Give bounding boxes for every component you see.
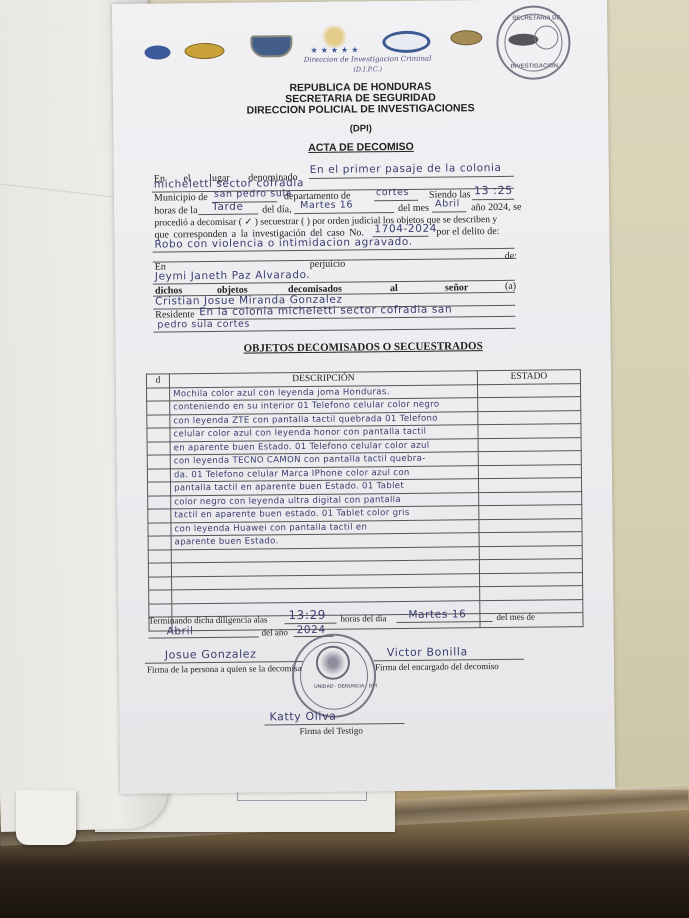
hora-inicio: 13 :25	[474, 184, 513, 197]
row-index-cell	[148, 509, 171, 523]
residente-value-2: pedro sula cortes	[157, 319, 250, 331]
logo-caption-sub: (D.I.P.C.)	[243, 64, 493, 75]
municipio-value: san pedro sula	[214, 188, 292, 200]
de-label: de:	[505, 251, 517, 262]
row-index-cell	[149, 590, 172, 604]
horas-dia-label: horas del dia	[340, 613, 386, 623]
row-estado	[479, 532, 582, 547]
perjuicio-label: perjuicio	[310, 259, 346, 270]
row-estado	[480, 586, 583, 601]
row-index-cell	[147, 428, 170, 442]
row-estado	[478, 437, 581, 452]
dia-fin: Martes 16	[408, 608, 466, 621]
dia-label: del día,	[262, 204, 292, 215]
row-index-cell	[147, 455, 170, 469]
row-estado	[478, 383, 581, 398]
page-title: ACTA DE DECOMISO	[113, 139, 608, 156]
row-index-cell	[147, 387, 170, 401]
row-index-cell	[148, 563, 171, 577]
senor-label: señor	[445, 282, 468, 293]
mes-value: Abril	[435, 198, 460, 209]
objects-table: d DESCRIPCIÓN ESTADO Mochila color azul …	[146, 369, 584, 631]
mes-de-label: del mes de	[496, 612, 535, 622]
header-acronym: (DPI)	[113, 121, 608, 137]
row-index-cell	[148, 576, 171, 590]
caso-value: 1704-2024	[374, 223, 437, 236]
atic-emblem-icon	[184, 43, 224, 59]
signature-testigo: Katty Oliva	[269, 710, 336, 724]
honduras-stars-emblem-icon	[319, 26, 349, 48]
row-estado	[478, 410, 581, 425]
departamento-value: cortes	[376, 187, 409, 198]
row-index-cell	[147, 414, 170, 428]
column-header-estado: ESTADO	[477, 370, 580, 385]
lugar-value-1: En el primer pasaje de la colonia	[310, 162, 502, 176]
victima-value: Jeymi Janeth Paz Alvarado.	[155, 269, 311, 283]
row-estado	[479, 491, 582, 506]
acta-de-decomiso-page: ★★★★★ Direccion de Investigacion Crimina…	[112, 0, 615, 794]
secretaria-seguridad-stamp: SECRETARIA DE INVESTIGACION	[496, 5, 571, 80]
stars-icon: ★★★★★	[310, 45, 361, 55]
anio-label: del año	[262, 627, 288, 637]
al-label: al	[390, 283, 398, 294]
horas-de-la-label: horas de la	[154, 205, 197, 216]
dpi-seal-stamp: UNIDAD · DENUNCIA · DPI	[292, 633, 377, 718]
firma-decomisado-label: Firma de la persona a quien se la decomi…	[147, 663, 302, 675]
row-index-cell	[148, 482, 171, 496]
left-page-curl	[16, 790, 76, 845]
signature-decomisado: Josue Gonzalez	[165, 648, 257, 662]
row-estado	[479, 505, 582, 520]
row-index-cell	[147, 468, 170, 482]
mes-fin: Abril	[167, 625, 194, 637]
row-estado	[478, 424, 581, 439]
logo-caption: Direccion de Investigacion Criminal	[243, 54, 493, 65]
row-index-cell	[147, 401, 170, 415]
row-estado	[479, 559, 582, 574]
row-estado	[478, 464, 581, 479]
row-estado	[479, 572, 582, 587]
mes-label: del mes	[398, 203, 429, 214]
row-index-cell	[148, 495, 171, 509]
firma-encargado-label: Firma del encargado del decomiso	[375, 661, 499, 672]
dia-value: Martes 16	[300, 199, 353, 211]
objects-section-title: OBJETOS DECOMISADOS O SECUESTRADOS	[116, 339, 611, 356]
row-index-cell	[148, 549, 171, 563]
row-estado	[478, 397, 581, 412]
delito-label: por el delito de:	[436, 226, 499, 238]
terminando-label: Terminando dicha diligencia alas	[148, 614, 267, 625]
row-index-cell	[147, 441, 170, 455]
police-shield-icon	[250, 35, 292, 57]
signature-encargado: Victor Bonilla	[387, 645, 468, 659]
firma-testigo-label: Firma del Testigo	[300, 725, 363, 736]
a-label: (a)	[505, 281, 516, 292]
row-estado	[479, 545, 582, 560]
row-estado	[479, 518, 582, 533]
gold-badge-icon	[450, 30, 482, 45]
dpi-emblem-icon	[144, 45, 170, 59]
anio-text: año 2024, se	[471, 202, 521, 214]
row-index-cell	[148, 522, 171, 536]
row-estado	[478, 478, 581, 493]
hora-fin: 13:29	[288, 608, 326, 622]
municipio-label: Municipio de	[154, 192, 208, 204]
row-index-cell	[148, 536, 171, 550]
row-estado	[478, 451, 581, 466]
investigation-badge-icon	[382, 31, 430, 54]
periodo-value: Tarde	[212, 201, 243, 213]
anio-fin: 2024	[297, 624, 326, 636]
column-header-index: d	[146, 374, 169, 388]
